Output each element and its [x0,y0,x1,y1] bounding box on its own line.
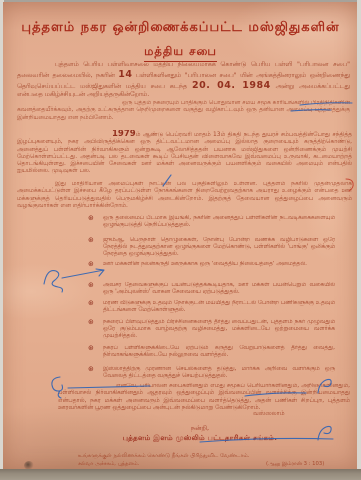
formation-date: 20. 04. 1984 [192,80,271,91]
circled-asterisk-bullet-icon: ⊛ [88,261,103,278]
signature-organization: புத்தளம் இளம் முஸ்லிம் பட்டதாரிகள் சங்கம… [70,434,330,443]
objective-item: ⊛ அவசர தேவைகளுக்குப் பயன்படுத்தக்கூடியதா… [88,282,335,299]
footer-quran-quote: உங்களுக்குள் நல்லிணக்கம் கொண்டு நீங்கள் … [78,453,318,460]
paragraph-history-text: ம் ஆண்டு பெப்ரவரி மாதம் 13ம் திகதி நடந்த… [17,132,352,174]
paragraph-closing: எனவே, பரிபாலன சபைகளினதும் எமது சமூகப் பெ… [58,383,350,419]
document-title-line1: புத்தளம் நகர ஒன்றிணைக்கப்பட்ட மஸ்ஜிதுகளி… [10,20,351,36]
paragraph-purpose: ஒரு புத்தம் நகரையும் பாதிக்கும் பொதுவான … [17,100,350,124]
paragraph-intro: புத்தளம் பெரிய பள்ளிவாசலை மத்திய நிலையமா… [17,61,350,99]
circled-asterisk-bullet-icon: ⊛ [88,215,103,232]
circled-asterisk-bullet-icon: ⊛ [88,345,103,362]
circled-asterisk-bullet-icon: ⊛ [88,319,103,343]
objective-text: அவசர தேவைகளுக்குப் பயன்படுத்தக்கூடியதாக,… [103,282,335,299]
circled-asterisk-bullet-icon: ⊛ [88,237,103,261]
paragraph-history: 1979ம் ஆண்டு பெப்ரவரி மாதம் 13ம் திகதி ந… [17,130,352,174]
year-1979: 1979 [112,130,136,139]
mosque-count-number: 14 [118,69,132,80]
scanned-document: புத்தளம் நகர ஒன்றிணைக்கப்பட்ட மஸ்ஜிதுகளி… [0,0,361,480]
objective-text: ஊர் மக்களின் நலன்கருதி ஊருக்காக ஒரு 'வைத… [103,261,335,278]
circled-asterisk-bullet-icon: ⊛ [88,300,103,317]
objective-text: நகரப் பள்ளிகளுக்கிடையே ஏற்படும் கருத்து … [103,345,335,362]
objective-text: நகரைப் பிளவுபடுத்தும் பிரச்சினைகளைத் தீர… [103,319,335,343]
objective-item: ⊛ ஜும்ஆ, பெருநாள் தொழுகைகள், நோன்பு போன்… [88,237,335,261]
objective-item: ⊛ நகரைப் பிளவுபடுத்தும் பிரச்சினைகளைத் த… [88,319,335,343]
paragraph-announcement: இது மாதிரியான அமைப்புகள் நாட்டின் பல பகு… [17,181,352,211]
objective-item: ⊛ நகரப் பள்ளிகளுக்கிடையே ஏற்படும் கருத்த… [88,345,335,362]
objective-item: ⊛ ஊர் மக்களின் நலன்கருதி ஊருக்காக ஒரு 'வ… [88,261,335,278]
document-title-line2-wrap: மத்திய சபை [0,40,361,62]
closing-salam: வஸ்ஸலாம் [253,410,285,418]
objective-text: ஜும்ஆ, பெருநாள் தொழுகைகள், நோன்பு போன்ற … [103,237,335,261]
scan-edge-bottom [0,469,361,480]
circled-asterisk-bullet-icon: ⊛ [88,366,103,383]
document-title-line2: மத்திய சபை [144,44,217,62]
objective-item: ⊛ ஒரு தலைமைப் பீடமாக இயங்கி, நகரின் அனைத… [88,215,335,232]
objective-item: ⊛ இஸ்லாத்திற்கு முரணான செயல்களைத் தடுத்த… [88,366,335,383]
footer-printer-imprint: சல்வா அச்சகம், புத்தளம். [78,461,139,467]
scan-edge-right [357,0,361,470]
objective-item: ⊛ மரண வீடுகளுக்கு உதவும் நோக்குடன் மய்யி… [88,300,335,317]
objective-text: இஸ்லாத்திற்கு முரணான செயல்களைத் தடுத்து,… [103,366,335,383]
thanks-line: நன்றி, [160,424,240,433]
circled-asterisk-bullet-icon: ⊛ [88,282,103,299]
footer-verse-reference: (ஆலு இம்ரான் 3 : 103) [266,461,324,467]
objective-text: ஒரு தலைமைப் பீடமாக இயங்கி, நகரின் அனைத்த… [103,215,335,232]
objective-text: மரண வீடுகளுக்கு உதவும் நோக்குடன் மய்யித்… [103,300,335,317]
